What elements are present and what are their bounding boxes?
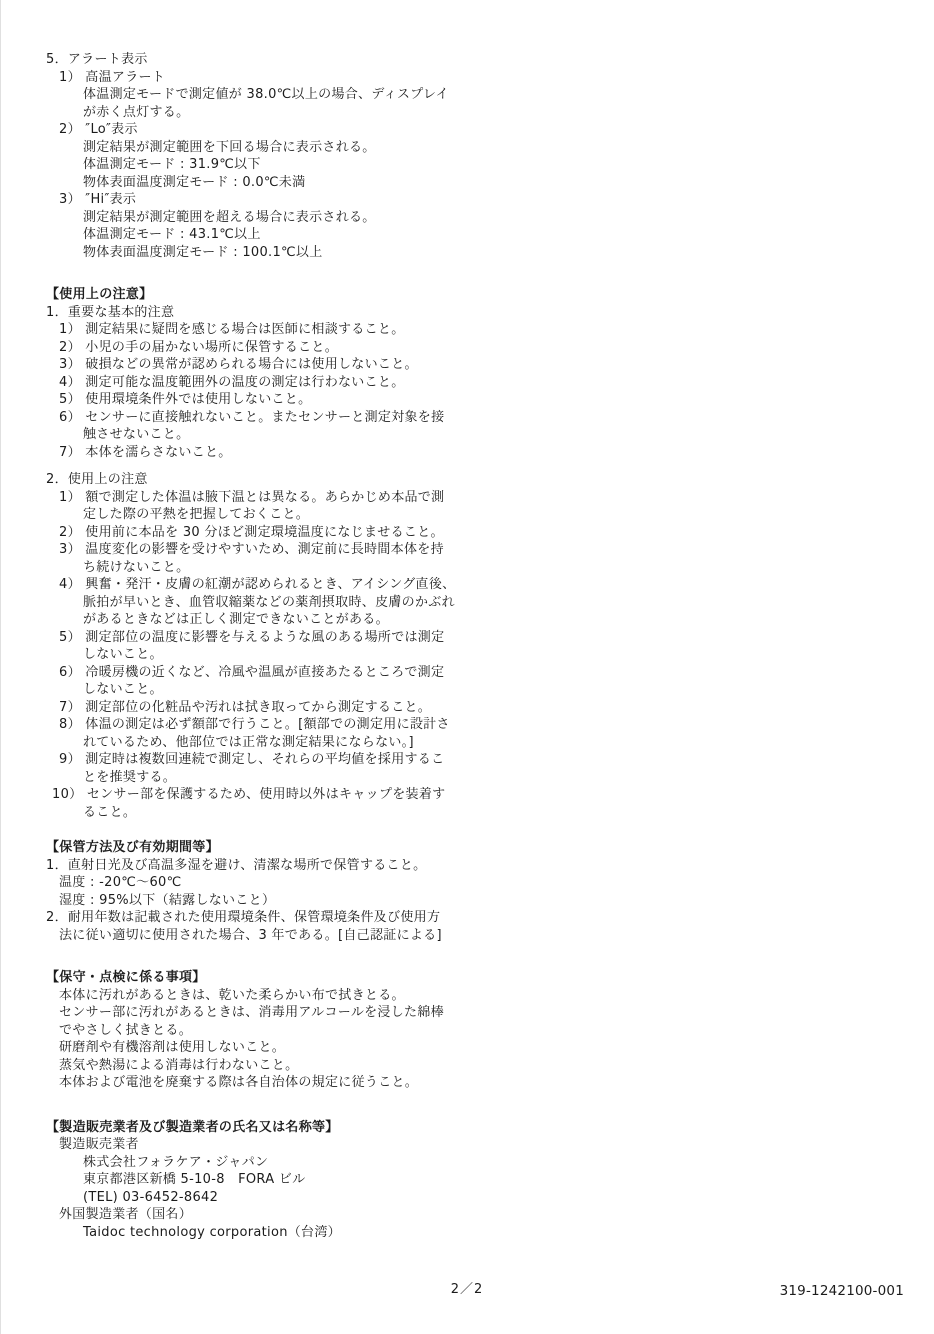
- section-heading: 【保管方法及び有効期間等】: [46, 839, 516, 857]
- text-line: 湿度 : 95%以下（結露しないこと）: [46, 892, 516, 910]
- text-line: 2．使用上の注意: [46, 471, 516, 489]
- text-line: 10） センサー部を保護するため、使用時以外はキャップを装着す: [46, 786, 516, 804]
- text-line: 東京都港区新橋 5-10-8 FORA ビル: [46, 1171, 516, 1189]
- document-blocks: 5．アラート表示1） 高温アラート体温測定モードで測定値が 38.0℃以上の場合…: [46, 51, 516, 1241]
- text-line: 触させないこと。: [46, 426, 516, 444]
- section-alerts: 5．アラート表示1） 高温アラート体温測定モードで測定値が 38.0℃以上の場合…: [46, 51, 516, 261]
- section-heading: 【製造販売業者及び製造業者の氏名又は名称等】: [46, 1119, 516, 1137]
- text-line: 定した際の平熱を把握しておくこと。: [46, 506, 516, 524]
- text-line: があるときなどは正しく測定できないことがある。: [46, 611, 516, 629]
- text-line: が赤く点灯する。: [46, 104, 516, 122]
- text-line: しないこと。: [46, 646, 516, 664]
- text-line: 2） ″Lo″表示: [46, 121, 516, 139]
- text-line: 研磨剤や有機溶剤は使用しないこと。: [46, 1039, 516, 1057]
- document-page: 5．アラート表示1） 高温アラート体温測定モードで測定値が 38.0℃以上の場合…: [0, 0, 934, 1334]
- text-line: 1） 高温アラート: [46, 69, 516, 87]
- text-line: 1） 測定結果に疑問を感じる場合は医師に相談すること。: [46, 321, 516, 339]
- text-line: ち続けないこと。: [46, 559, 516, 577]
- text-line: Taidoc technology corporation（台湾）: [46, 1224, 516, 1242]
- text-line: しないこと。: [46, 681, 516, 699]
- text-line: 4） 測定可能な温度範囲外の温度の測定は行わないこと。: [46, 374, 516, 392]
- text-line: 9） 測定時は複数回連続で測定し、それらの平均値を採用するこ: [46, 751, 516, 769]
- text-line: 物体表面温度測定モード : 0.0℃未満: [46, 174, 516, 192]
- text-line: 蒸気や熱湯による消毒は行わないこと。: [46, 1057, 516, 1075]
- text-line: 7） 本体を濡らさないこと。: [46, 444, 516, 462]
- text-line: とを推奨する。: [46, 769, 516, 787]
- text-line: 本体および電池を廃棄する際は各自治体の規定に従うこと。: [46, 1074, 516, 1092]
- text-line: 外国製造業者（国名）: [46, 1206, 516, 1224]
- document-number: 319-1242100-001: [780, 1283, 904, 1301]
- section-precautions-usage: 2．使用上の注意1） 額で測定した体温は腋下温とは異なる。あらかじめ本品で測定し…: [46, 471, 516, 821]
- section-heading: 【使用上の注意】: [46, 286, 516, 304]
- text-line: 測定結果が測定範囲を下回る場合に表示される。: [46, 139, 516, 157]
- text-line: 8） 体温の測定は必ず額部で行うこと。[額部での測定用に設計さ: [46, 716, 516, 734]
- text-line: 5．アラート表示: [46, 51, 516, 69]
- text-line: 6） 冷暖房機の近くなど、冷風や温風が直接あたるところで測定: [46, 664, 516, 682]
- text-line: 本体に汚れがあるときは、乾いた柔らかい布で拭きとる。: [46, 987, 516, 1005]
- text-line: センサー部に汚れがあるときは、消毒用アルコールを浸した綿棒: [46, 1004, 516, 1022]
- text-line: 3） ″Hi″表示: [46, 191, 516, 209]
- section-precautions-basic: 【使用上の注意】1．重要な基本的注意1） 測定結果に疑問を感じる場合は医師に相談…: [46, 286, 516, 461]
- text-line: ること。: [46, 804, 516, 822]
- text-line: (TEL) 03-6452-8642: [46, 1189, 516, 1207]
- text-line: 物体表面温度測定モード : 100.1℃以上: [46, 244, 516, 262]
- text-line: 2） 使用前に本品を 30 分ほど測定環境温度になじませること。: [46, 524, 516, 542]
- text-line: 温度 : -20℃～60℃: [46, 874, 516, 892]
- text-line: 6） センサーに直接触れないこと。またセンサーと測定対象を接: [46, 409, 516, 427]
- scan-edge-artifact: [0, 0, 1, 1334]
- text-line: 5） 使用環境条件外では使用しないこと。: [46, 391, 516, 409]
- text-line: 体温測定モード : 43.1℃以上: [46, 226, 516, 244]
- text-line: 株式会社フォラケア・ジャパン: [46, 1154, 516, 1172]
- text-line: 7） 測定部位の化粧品や汚れは拭き取ってから測定すること。: [46, 699, 516, 717]
- text-line: 体温測定モード : 31.9℃以下: [46, 156, 516, 174]
- text-line: 体温測定モードで測定値が 38.0℃以上の場合、ディスプレイ: [46, 86, 516, 104]
- text-line: 3） 破損などの異常が認められる場合には使用しないこと。: [46, 356, 516, 374]
- section-maintenance: 【保守・点検に係る事項】本体に汚れがあるときは、乾いた柔らかい布で拭きとる。セン…: [46, 969, 516, 1092]
- text-line: 測定結果が測定範囲を超える場合に表示される。: [46, 209, 516, 227]
- text-line: れているため、他部位では正常な測定結果にならない。]: [46, 734, 516, 752]
- text-line: 3） 温度変化の影響を受けやすいため、測定前に長時間本体を持: [46, 541, 516, 559]
- text-line: でやさしく拭きとる。: [46, 1022, 516, 1040]
- text-line: 5） 測定部位の温度に影響を与えるような風のある場所では測定: [46, 629, 516, 647]
- text-line: 脈拍が早いとき、血管収縮薬などの薬剤摂取時、皮膚のかぶれ: [46, 594, 516, 612]
- text-line: 2） 小児の手の届かない場所に保管すること。: [46, 339, 516, 357]
- text-line: 1） 額で測定した体温は腋下温とは異なる。あらかじめ本品で測: [46, 489, 516, 507]
- text-line: 法に従い適切に使用された場合、3 年である。[自己認証による]: [46, 927, 516, 945]
- text-line: 2．耐用年数は記載された使用環境条件、保管環境条件及び使用方: [46, 909, 516, 927]
- text-line: 1．直射日光及び高温多湿を避け、清潔な場所で保管すること。: [46, 857, 516, 875]
- section-manufacturer: 【製造販売業者及び製造業者の氏名又は名称等】製造販売業者株式会社フォラケア・ジャ…: [46, 1119, 516, 1242]
- text-line: 製造販売業者: [46, 1136, 516, 1154]
- text-line: 1．重要な基本的注意: [46, 304, 516, 322]
- text-line: 4） 興奮・発汗・皮膚の紅潮が認められるとき、アイシング直後、: [46, 576, 516, 594]
- section-storage-validity: 【保管方法及び有効期間等】1．直射日光及び高温多湿を避け、清潔な場所で保管するこ…: [46, 839, 516, 944]
- section-heading: 【保守・点検に係る事項】: [46, 969, 516, 987]
